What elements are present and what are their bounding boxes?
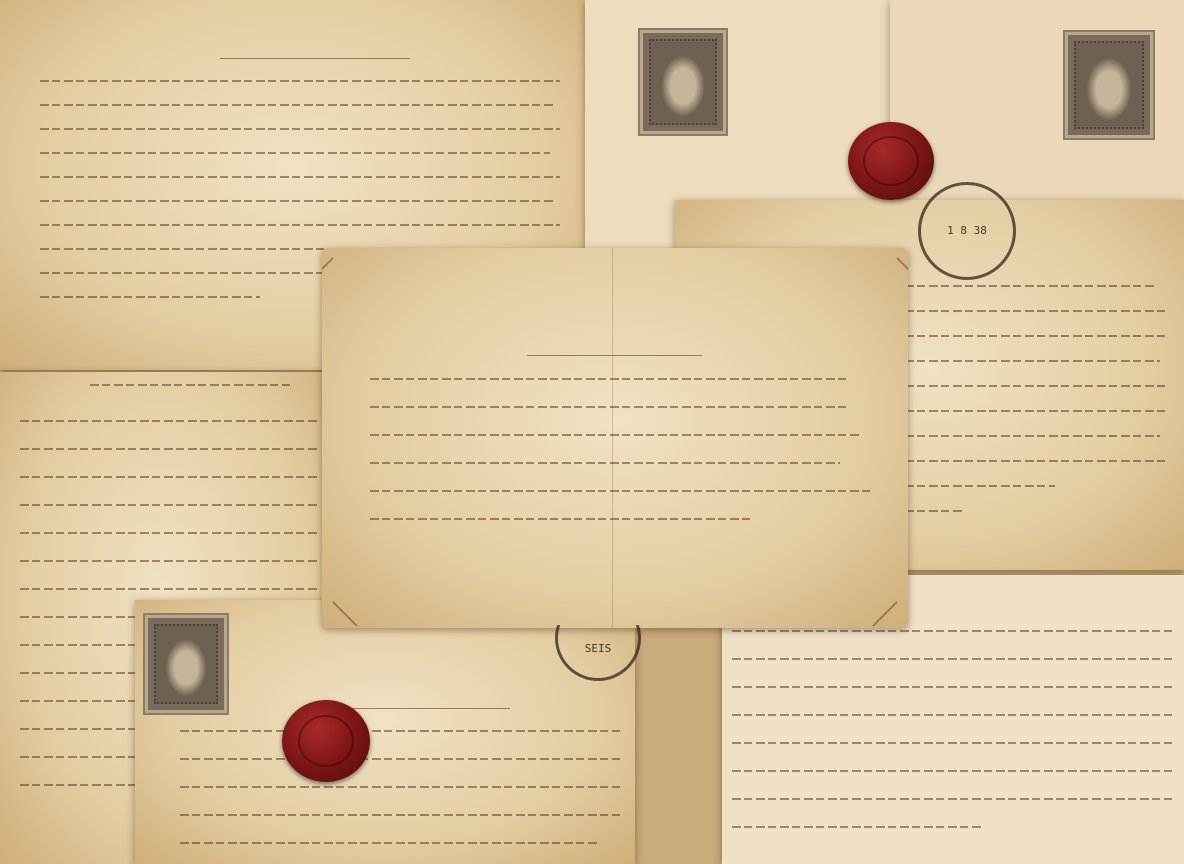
- heading-underline: [527, 355, 702, 356]
- heading-underline: [220, 58, 410, 59]
- heading-underline: [350, 708, 510, 709]
- envelope-top-right: [890, 0, 1184, 205]
- stamp-icon: [1065, 32, 1153, 138]
- wax-seal-icon: [848, 122, 934, 200]
- wax-seal-icon: [282, 700, 370, 782]
- postmark-icon: 1 8 38: [918, 182, 1016, 280]
- stamp-icon: [145, 615, 227, 713]
- stamp-icon: [640, 30, 726, 134]
- letter-center-card: [322, 248, 908, 628]
